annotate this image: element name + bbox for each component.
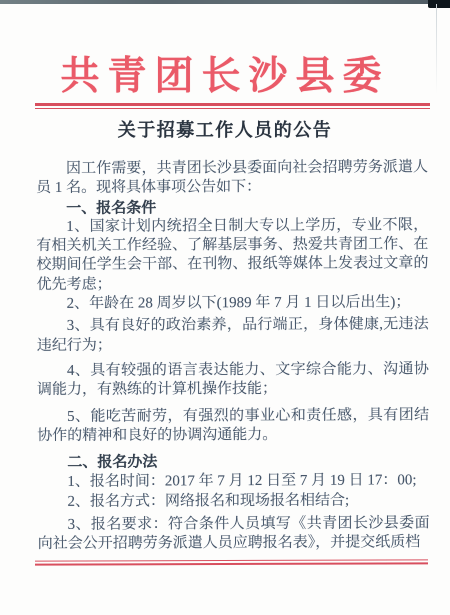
scanner-corner-artifact [428, 0, 450, 8]
condition-item-1: 1、国家计划内统招全日制大专以上学历，专业不限，有相关机关工作经验、了解基层事务… [36, 216, 428, 295]
document-body: 因工作需要，共青团长沙县委面向社会招聘劳务派遣人员 1 名。现将具体事项公告如下… [36, 158, 430, 554]
section-heading-conditions: 一、报名条件 [36, 197, 428, 218]
condition-item-2: 2、年龄在 28 周岁以下(1989 年 7 月 1 日以后出生)； [37, 293, 429, 314]
method-item-3: 3、报名要求：符合条件人员填写《共青团长沙县委面向社会公开招聘劳务派遣人员应聘报… [38, 514, 430, 554]
letterhead-double-rule [35, 103, 430, 109]
scanner-edge-artifact [0, 0, 450, 4]
condition-item-4: 4、具有较强的语言表达能力、文字综合能力、沟通协调能力，有熟练的计算机操作技能； [37, 360, 429, 400]
section-heading-method: 二、报名办法 [37, 451, 429, 472]
footer-double-rule [35, 559, 428, 566]
method-item-1: 1、报名时间：2017 年 7 月 12 日至 7 月 19 日 17：00; [37, 472, 429, 493]
rule-thick-line [35, 563, 428, 567]
rule-thin-line [35, 108, 430, 109]
paragraph-intro: 因工作需要，共青团长沙县委面向社会招聘劳务派遣人员 1 名。现将具体事项公告如下… [36, 158, 428, 198]
condition-item-5: 5、能吃苦耐劳，有强烈的事业心和责任感，具有团结协作的精神和良好的协调沟通能力。 [37, 406, 429, 446]
method-item-2: 2、报名方式：网络报名和现场报名相结合; [37, 491, 429, 512]
condition-item-3: 3、具有良好的政治素养，品行端正，身体健康,无违法违纪行为； [37, 316, 429, 356]
scanned-document-page: 共青团长沙县委 关于招募工作人员的公告 因工作需要，共青团长沙县委面向社会招聘劳… [0, 0, 450, 615]
document-title: 关于招募工作人员的公告 [0, 118, 450, 142]
letterhead-org-name: 共青团长沙县委 [0, 54, 450, 100]
